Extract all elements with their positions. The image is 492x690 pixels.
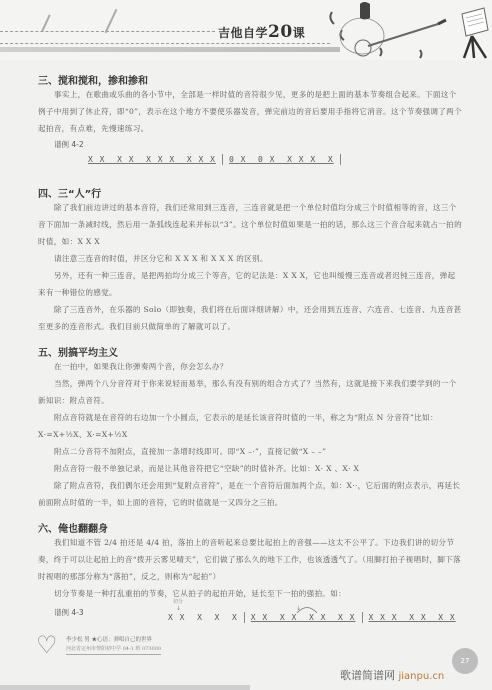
paragraph: 除了三连音外，在乐器的 Solo（即独奏，我们将在后面详细讲解）中，还会用到五连… — [38, 301, 463, 335]
section-heading: 六、俺也翻翻身 — [38, 520, 108, 535]
watermark: 歌谱简谱网 jianpu.cn — [340, 667, 444, 683]
paragraph: 附点二分音符不加附点，直接加一条增时线即可。即“X –·”，直接记做“X – –… — [38, 443, 463, 460]
bar-line — [244, 612, 245, 623]
syncopation-annotation: 切分 — [173, 598, 183, 605]
header-band — [0, 47, 340, 52]
paragraph: 附点音符就是在音符的右边加一个小圆点，它表示的是延长该音符时值的一半，称之为“附… — [38, 409, 463, 443]
down-arrow-icon: ↓ — [176, 605, 181, 612]
address-line: 河北省定州市黎阳初中学 04-1 班 073000 — [66, 645, 161, 655]
rhythm-measure-2: X X X X X X X X — [251, 613, 356, 622]
watermark-text: 歌谱简谱网 — [340, 669, 395, 682]
book-title-number: 20 — [268, 22, 293, 42]
page-number: 27 — [452, 648, 478, 674]
author-line: 李少松 男 ★心语：弹唱自己的世界 — [66, 635, 152, 643]
header-dashed-line — [0, 31, 215, 32]
rhythm-measure-1: X X X X X — [168, 613, 238, 622]
page-header: 吉他自学20课 — [0, 0, 492, 60]
section-heading: 三、搅和搅和，掺和掺和 — [38, 72, 148, 87]
quill-icon — [41, 14, 50, 31]
book-title-suffix: 课 — [293, 26, 306, 40]
rhythm-measure-2: 0 X 0 X X X X X — [229, 155, 334, 164]
example-label: 谱例 4-3 — [54, 607, 84, 618]
paragraph: 除了我们前边讲过的基本音符，我们还常用到三连音，三连音就是把一个单位时值均分成三… — [38, 199, 463, 250]
guitar-player-illustration-icon — [320, 0, 492, 60]
heart-icon: ♡ — [36, 633, 58, 657]
paragraph: 切分节奏是一种打乱重拍的节奏，它从拍子的起拍开始，延长至下一拍的强拍。如： — [38, 585, 463, 602]
book-title-prefix: 吉他自学 — [218, 26, 268, 40]
paragraph: 事实上，在歌曲或乐曲的各小节中，全部是一样时值的音符很少见，更多的是把上面的基本… — [38, 86, 463, 137]
section-heading: 四、三“人”行 — [38, 185, 101, 200]
paragraph: 附点音符一般不单独记录，而是让其他音符把它“空缺”的时值补齐。比如：X· X 、… — [38, 460, 463, 477]
bar-line — [222, 154, 223, 165]
rhythm-notation: X X X X XX X X X X X X XX X X X X X X — [168, 612, 456, 623]
section-heading: 五、别搞平均主义 — [38, 344, 118, 359]
paragraph: 另外，还有一种三连音，是把两拍均分成三个等音，它的记法是：X X X，它也叫缓慢… — [38, 267, 463, 301]
bar-line — [362, 612, 363, 623]
rhythm-notation: X X X X X X X X X X0 X 0 X X X X X — [88, 154, 347, 165]
author-signature: ♡ 李少松 男 ★心语：弹唱自己的世界 河北省定州市黎阳初中学 04-1 班 0… — [36, 633, 166, 663]
paragraph: 除了附点音符，我们偶尔还会用到“复附点音符”，是在一个音符后面加两个点，如：X·… — [38, 477, 463, 511]
book-title: 吉他自学20课 — [218, 22, 305, 42]
watermark-domain: jianpu.cn — [399, 671, 445, 682]
paragraph: 我们知道不管 2/4 拍还是 4/4 拍，落拍上的音听起来总要比起拍上的音强——… — [38, 534, 463, 585]
paragraph: 当然，弹两个八分音符对于你来说轻而易举，那么有没有别的组合方式了？当然有，这就是… — [38, 375, 463, 409]
rhythm-measure-1: X X X X X X X X X X — [88, 155, 216, 164]
quill-icon — [105, 9, 118, 33]
bar-line — [340, 154, 341, 165]
rhythm-measure-3: X X X X X X X — [369, 613, 456, 622]
paragraph: 请注意三连音的时值，并区分它和 X X X 和 X X X 的区别。 — [38, 250, 463, 267]
paragraph: 在一拍中，如果我让你弹奏两个音，你会怎么办？ — [38, 358, 463, 375]
header-dashed-line — [0, 43, 330, 44]
example-label: 谱例 4-2 — [54, 139, 84, 150]
footer-band — [0, 685, 250, 690]
